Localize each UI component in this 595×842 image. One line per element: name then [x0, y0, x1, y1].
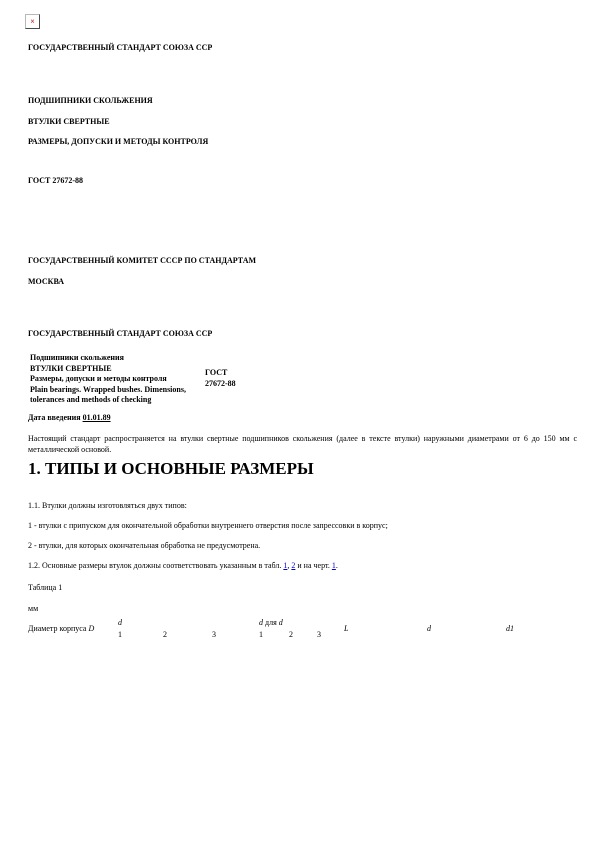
clause-1-2: 1.2. Основные размеры втулок должны соот… [28, 561, 338, 571]
clause-1-2-middle: и на черт. [295, 561, 331, 570]
scope-title: РАЗМЕРЫ, ДОПУСКИ И МЕТОДЫ КОНТРОЛЯ [28, 137, 208, 147]
table1: Диаметр корпуса D d d для d L d d1 1 2 3… [28, 617, 576, 641]
type-1-line: 1 - втулки с припуском для окончательной… [28, 521, 388, 531]
clause-1-1: 1.1. Втулки должны изготовляться двух ти… [28, 501, 187, 511]
table1-col-length: L [344, 617, 427, 641]
table1-caption: Таблица 1 [28, 583, 62, 593]
title-block-ru-line3: Размеры, допуски и методы контроля [30, 374, 200, 385]
table1-col-c: d [427, 617, 506, 641]
table1-group-d2-var2: d [279, 618, 283, 627]
section1-heading: 1. ТИПЫ И ОСНОВНЫЕ РАЗМЕРЫ [28, 459, 314, 478]
caption-repeat: ГОСУДАРСТВЕННЫЙ СТАНДАРТ СОЮЗА ССР [28, 329, 212, 339]
table1-units: мм [28, 604, 38, 614]
table1-subcol-d2-2: 2 [289, 629, 317, 641]
title-block-gost-value: 27672-88 [205, 379, 236, 390]
table1-group-d2-mid: для [263, 618, 279, 627]
title-block-gost-label: ГОСТ [205, 368, 236, 379]
table1-subcol-d-1: 1 [118, 629, 163, 641]
top-caption: ГОСУДАРСТВЕННЫЙ СТАНДАРТ СОЮЗА ССР [28, 43, 212, 53]
table1-group-d-for-d: d для d [259, 617, 344, 629]
table1-col-c1: d1 [506, 617, 576, 641]
clause-1-2-suffix: . [336, 561, 338, 570]
table1-housing-var: D [88, 624, 94, 633]
table1-subcol-d2-1: 1 [259, 629, 289, 641]
broken-image-icon: × [25, 14, 40, 29]
table1-group-d: d [118, 617, 259, 629]
clause-1-2-prefix: 1.2. Основные размеры втулок должны соот… [28, 561, 283, 570]
scope-paragraph: Настоящий стандарт распространяется на в… [28, 433, 577, 455]
table1-col-housing-diameter: Диаметр корпуса D [28, 617, 118, 641]
effective-date-line: Дата введения 01.01.89 [28, 413, 111, 423]
city-line: МОСКВА [28, 277, 64, 287]
table1-subcol-d-2: 2 [163, 629, 212, 641]
table1-subcol-d-3: 3 [212, 629, 259, 641]
broken-image-x-glyph: × [30, 18, 35, 26]
product-title: ВТУЛКИ СВЕРТНЫЕ [28, 117, 110, 127]
committee-line: ГОСУДАРСТВЕННЫЙ КОМИТЕТ СССР ПО СТАНДАРТ… [28, 256, 256, 266]
effective-date-label: Дата введения [28, 413, 83, 422]
type-2-line: 2 - втулки, для которых окончательная об… [28, 541, 260, 551]
table1-housing-label: Диаметр корпуса [28, 624, 88, 633]
table1-subcol-d2-3: 3 [317, 629, 344, 641]
title-block-ru-line2: ВТУЛКИ СВЕРТНЫЕ [30, 364, 200, 375]
title-block-gost: ГОСТ 27672-88 [205, 368, 236, 389]
gost-number: ГОСТ 27672-88 [28, 176, 83, 186]
subject-title: ПОДШИПНИКИ СКОЛЬЖЕНИЯ [28, 96, 153, 106]
title-block: Подшипники скольжения ВТУЛКИ СВЕРТНЫЕ Ра… [30, 353, 200, 406]
title-block-ru-line1: Подшипники скольжения [30, 353, 200, 364]
table1-header-row-1: Диаметр корпуса D d d для d L d d1 [28, 617, 576, 629]
document-page: × ГОСУДАРСТВЕННЫЙ СТАНДАРТ СОЮЗА ССР ПОД… [0, 0, 595, 842]
title-block-en-line: Plain bearings. Wrapped bushes. Dimensio… [30, 385, 200, 406]
effective-date-value: 01.01.89 [83, 413, 111, 422]
